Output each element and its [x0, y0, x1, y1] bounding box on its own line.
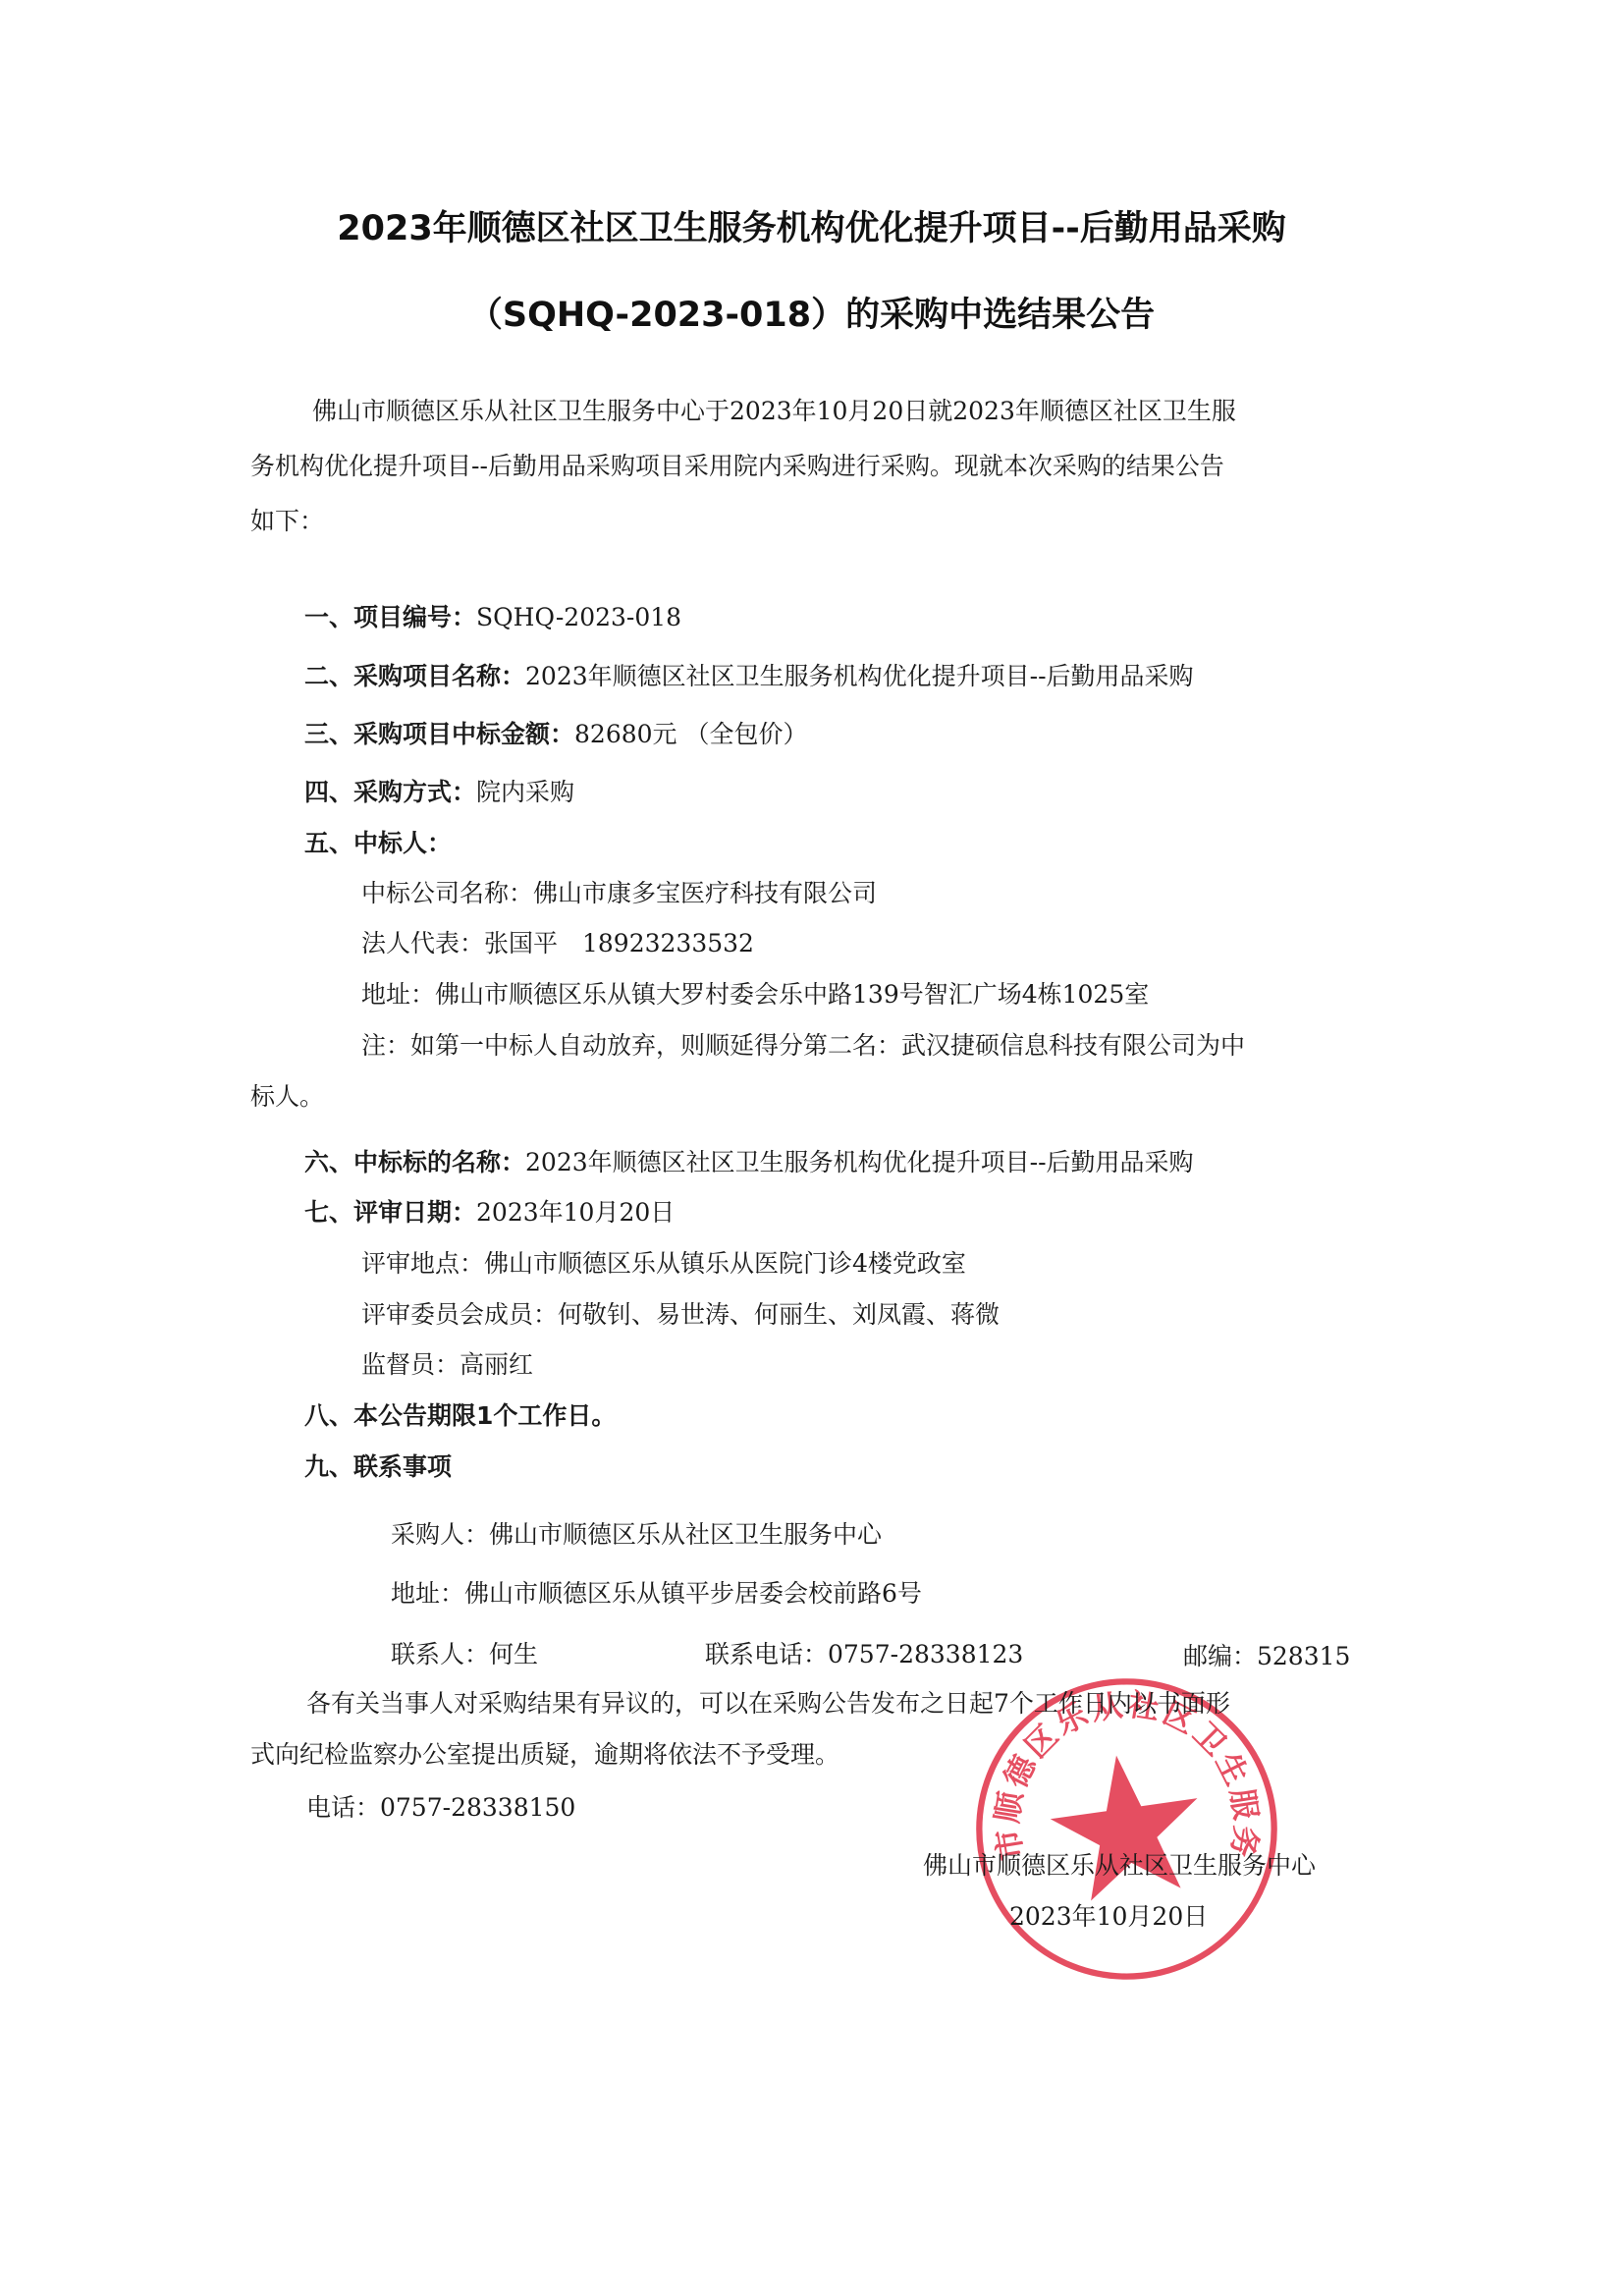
document-page: 2023年顺德区社区卫生服务机构优化提升项目--后勤用品采购 （SQHQ-202… — [0, 0, 1623, 2296]
section-6: 六、中标标的名称：2023年顺德区社区卫生服务机构优化提升项目--后勤用品采购 — [304, 1146, 1194, 1179]
section-3: 三、采购项目中标金额：82680元 （全包价） — [304, 718, 808, 751]
objection-line-1: 各有关当事人对采购结果有异议的，可以在采购公告发布之日起7个工作日内以书面形 — [306, 1687, 1230, 1721]
winner-address: 地址：佛山市顺德区乐从镇大罗村委会乐中路139号智汇广场4栋1025室 — [361, 978, 1149, 1011]
section-2-value: 2023年顺德区社区卫生服务机构优化提升项目--后勤用品采购 — [525, 662, 1194, 690]
section-3-value: 82680元 （全包价） — [574, 720, 807, 748]
section-2-label: 二、采购项目名称： — [304, 662, 525, 690]
section-7-value: 2023年10月20日 — [476, 1198, 675, 1227]
contact-address: 地址：佛山市顺德区乐从镇平步居委会校前路6号 — [391, 1577, 922, 1611]
signature-organization: 佛山市顺德区乐从社区卫生服务中心 — [923, 1846, 1316, 1882]
intro-line-2: 务机构优化提升项目--后勤用品采购项目采用院内采购进行采购。现就本次采购的结果公… — [250, 450, 1224, 483]
objection-phone: 电话：0757-28338150 — [306, 1791, 575, 1825]
section-7: 七、评审日期：2023年10月20日 — [304, 1196, 675, 1230]
review-location: 评审地点：佛山市顺德区乐从镇乐从医院门诊4楼党政室 — [361, 1247, 966, 1281]
contact-person: 联系人：何生 — [391, 1638, 538, 1671]
section-6-label: 六、中标标的名称： — [304, 1148, 525, 1176]
section-5-label: 五、中标人： — [304, 827, 452, 860]
winner-legal-rep: 法人代表：张国平 18923233532 — [361, 927, 754, 960]
section-2: 二、采购项目名称：2023年顺德区社区卫生服务机构优化提升项目--后勤用品采购 — [304, 660, 1194, 693]
section-4-label: 四、采购方式： — [304, 778, 476, 806]
contact-postcode: 邮编：528315 — [1183, 1640, 1350, 1673]
winner-note-line-2: 标人。 — [250, 1080, 324, 1114]
section-6-value: 2023年顺德区社区卫生服务机构优化提升项目--后勤用品采购 — [525, 1148, 1194, 1176]
contact-purchaser: 采购人：佛山市顺德区乐从社区卫生服务中心 — [391, 1518, 882, 1552]
document-title-line2: （SQHQ-2023-018）的采购中选结果公告 — [0, 288, 1623, 337]
review-committee: 评审委员会成员：何敬钊、易世涛、何丽生、刘凤霞、蒋微 — [361, 1298, 1000, 1332]
section-1-value: SQHQ-2023-018 — [476, 603, 681, 631]
section-1: 一、项目编号：SQHQ-2023-018 — [304, 601, 681, 634]
objection-line-2: 式向纪检监察办公室提出质疑，逾期将依法不予受理。 — [250, 1738, 839, 1772]
section-7-label: 七、评审日期： — [304, 1198, 476, 1227]
document-title-line1: 2023年顺德区社区卫生服务机构优化提升项目--后勤用品采购 — [0, 201, 1623, 250]
signature-date: 2023年10月20日 — [1009, 1897, 1208, 1933]
winner-note-line-1: 注：如第一中标人自动放弃，则顺延得分第二名：武汉捷硕信息科技有限公司为中 — [361, 1029, 1245, 1063]
intro-line-3: 如下： — [250, 505, 324, 538]
contact-phone: 联系电话：0757-28338123 — [705, 1638, 1023, 1671]
section-3-label: 三、采购项目中标金额： — [304, 720, 574, 748]
official-seal-icon: 佛山市顺德区乐从社区卫生服务中心 — [972, 1674, 1281, 1984]
section-1-label: 一、项目编号： — [304, 603, 476, 631]
section-4-value: 院内采购 — [476, 778, 574, 806]
intro-line-1: 佛山市顺德区乐从社区卫生服务中心于2023年10月20日就2023年顺德区社区卫… — [312, 395, 1236, 428]
section-8: 八、本公告期限1个工作日。 — [304, 1399, 616, 1433]
winner-company: 中标公司名称：佛山市康多宝医疗科技有限公司 — [361, 877, 877, 910]
section-9-label: 九、联系事项 — [304, 1450, 452, 1484]
section-4: 四、采购方式：院内采购 — [304, 776, 574, 809]
review-supervisor: 监督员：高丽红 — [361, 1348, 533, 1382]
